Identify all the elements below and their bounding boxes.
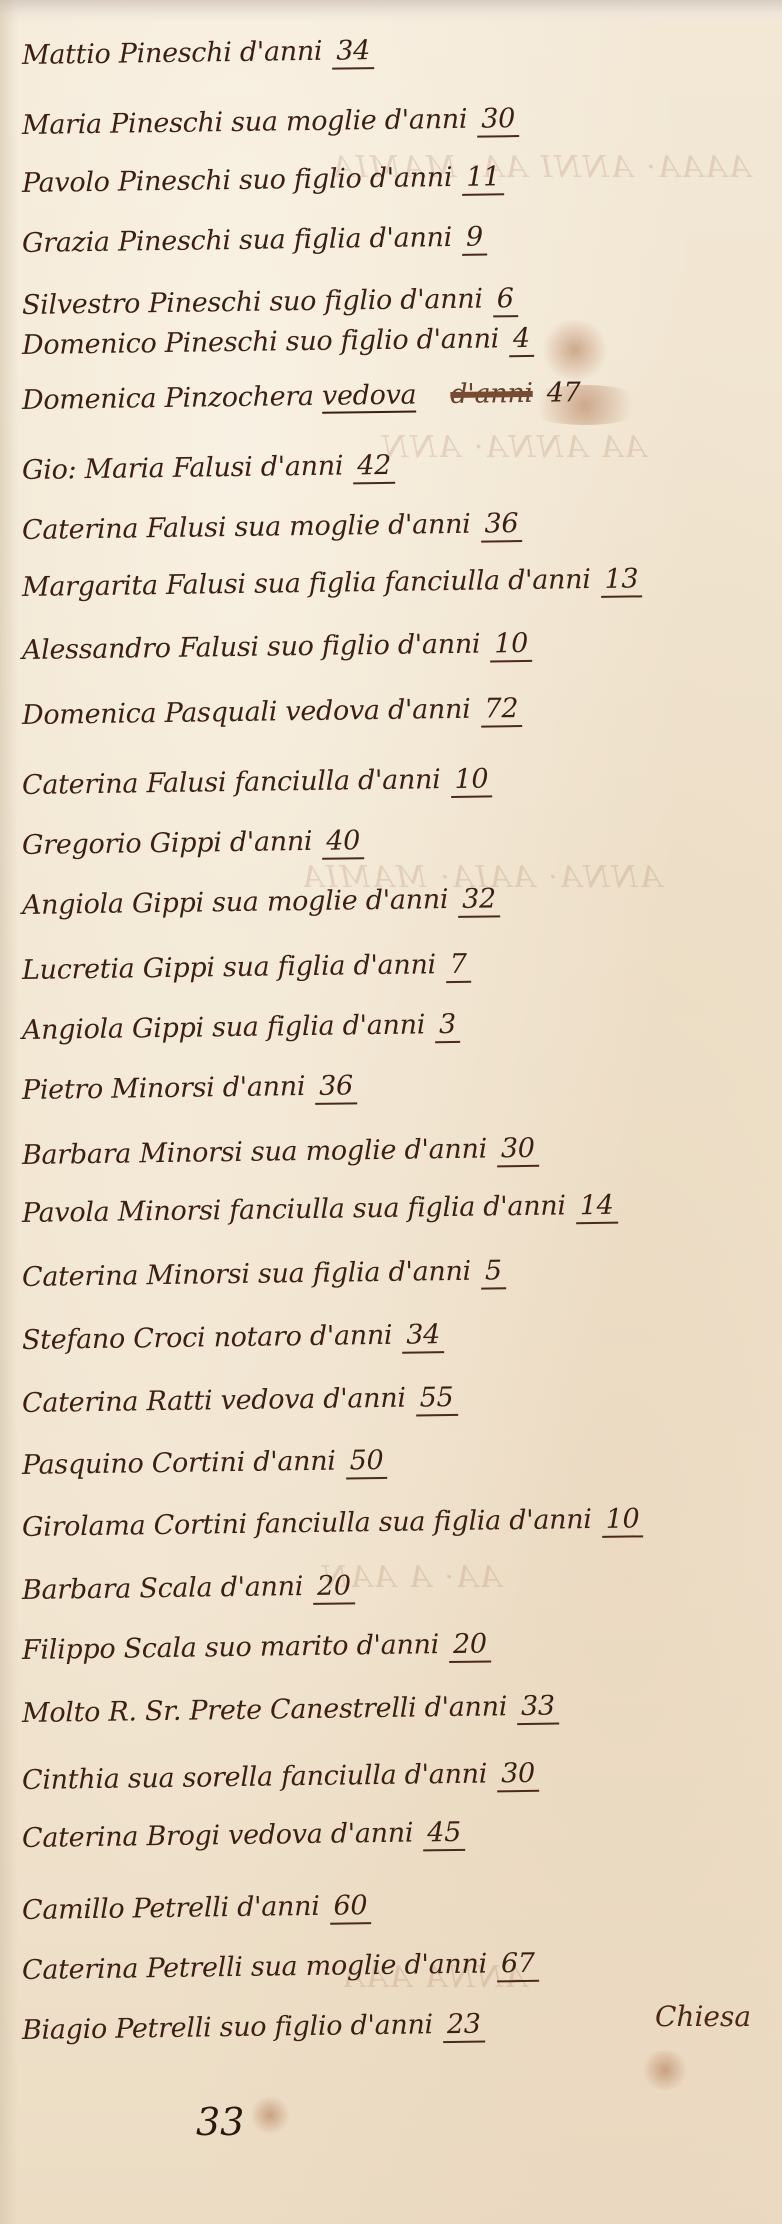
entry-name: Caterina Falusi: [22, 767, 227, 801]
entry-age-label: d'anni: [358, 764, 441, 796]
margin-note-right: Chiesa: [655, 2000, 751, 2033]
register-entry: Gio: Maria Falusi d'anni42: [22, 450, 395, 489]
entry-age-label: d'anni: [240, 36, 323, 68]
page-total: 33: [196, 2100, 244, 2144]
entry-relation: sua sorella fanciulla: [128, 1760, 397, 1795]
register-entry: Caterina Falusi sua moglie d'anni36: [22, 508, 523, 549]
register-entry: Pietro Minorsi d'anni36: [22, 1070, 357, 1109]
entry-age: 13: [600, 563, 642, 598]
entry-relation: suo figlio: [286, 325, 409, 358]
register-entry: Caterina Falusi fanciulla d'anni10: [22, 763, 493, 804]
bleed-through-text: AA ANNA· ANN: [380, 430, 646, 465]
entry-age: 6: [492, 283, 517, 317]
entry-age-label: d'anni: [483, 1190, 566, 1222]
entry-age-label: d'anni: [385, 104, 468, 136]
entry-relation: suo marito: [205, 1630, 349, 1663]
entry-age-label: d'anni: [366, 884, 449, 916]
entry-name: Margarita Falusi: [22, 569, 246, 603]
register-entry: Alessandro Falusi suo figlio d'anni10: [22, 628, 533, 669]
entry-name: Biagio Petrelli: [22, 2012, 212, 2046]
register-entry: Camillo Petrelli d'anni60: [22, 1890, 372, 1929]
ink-stain: [640, 2050, 690, 2090]
entry-name: Pasquino Cortini: [22, 1447, 245, 1481]
entry-age: 20: [313, 1570, 355, 1605]
entry-name: Mattio Pineschi: [22, 37, 232, 71]
entry-age: 32: [458, 883, 500, 918]
entry-age-label: d'anni: [388, 509, 471, 541]
entry-age-label: d'anni: [230, 826, 313, 858]
entry-age-label: d'anni: [342, 1009, 425, 1041]
ink-stain: [250, 2095, 290, 2135]
entry-name: Caterina Petrelli: [22, 1952, 243, 1986]
entry-age: 42: [353, 450, 395, 485]
entry-age: 20: [449, 1628, 491, 1663]
entry-name: Barbara Minorsi: [22, 1137, 243, 1171]
entry-age-label: d'anni: [223, 1071, 306, 1103]
register-entry: Caterina Petrelli sua moglie d'anni67: [22, 1948, 539, 1989]
entry-age: 7: [446, 949, 471, 983]
register-entry: Maria Pineschi sua moglie d'anni30: [22, 103, 519, 144]
register-entry: Barbara Minorsi sua moglie d'anni30: [22, 1133, 539, 1174]
entry-age: 72: [480, 693, 522, 728]
entry-name: Maria Pineschi: [22, 107, 223, 141]
entry-age-label: d'anni: [353, 949, 436, 981]
register-entry: Molto R. Sr. Prete Canestrelli d'anni33: [22, 1691, 559, 1732]
entry-age-label: d'anni: [261, 451, 344, 483]
entry-name: Domenico Pineschi: [22, 326, 278, 361]
register-entry: Caterina Ratti vedova d'anni55: [22, 1382, 458, 1422]
register-entry: Grazia Pineschi sua figlia d'anni9: [22, 222, 487, 262]
entry-age-label: d'anni: [424, 1691, 507, 1723]
entry-name: Pietro Minorsi: [22, 1072, 215, 1106]
entry-relation: sua moglie: [212, 885, 358, 918]
entry-age: 60: [329, 1890, 371, 1925]
register-entry: Domenico Pineschi suo figlio d'anni4: [22, 323, 534, 364]
entry-age: 10: [601, 1503, 643, 1538]
entry-age: 9: [462, 222, 487, 256]
entry-age: 23: [443, 2009, 485, 2044]
struck-out-text: d'anni: [450, 378, 533, 410]
register-entry: Cinthia sua sorella fanciulla d'anni30: [22, 1758, 539, 1799]
entry-age-label: d'anni: [369, 222, 452, 254]
entry-relation: sua figlia: [239, 223, 362, 256]
entry-relation: fanciulla sua figlia: [255, 1505, 501, 1539]
entry-age-label: d'anni: [220, 1571, 303, 1603]
register-entry: Barbara Scala d'anni20: [22, 1570, 355, 1609]
register-entry: Biagio Petrelli suo figlio d'anni23: [22, 2009, 485, 2049]
entry-name: Pavola Minorsi: [22, 1195, 221, 1229]
entry-age-label: d'anni: [370, 162, 453, 194]
entry-relation: vedova: [228, 1819, 323, 1851]
entry-age: 4: [509, 323, 534, 357]
register-entry: Angiola Gippi sua figlia d'anni3: [22, 1009, 460, 1049]
entry-age-label: d'anni: [356, 1629, 439, 1661]
register-entry: Caterina Brogi vedova d'anni45: [22, 1817, 465, 1857]
page-top-edge: [0, 0, 782, 22]
entry-name: Gregorio Gippi: [22, 827, 222, 861]
entry-relation: sua moglie: [231, 105, 377, 138]
entry-age-label: d'anni: [404, 1759, 487, 1791]
entry-relation: vedova: [322, 379, 417, 413]
entry-age: 34: [402, 1319, 444, 1354]
ink-stain: [540, 320, 610, 380]
entry-age: 30: [477, 103, 519, 138]
entry-age: 11: [462, 161, 504, 196]
entry-age-label: d'anni: [400, 284, 483, 316]
entry-age: 3: [435, 1009, 460, 1043]
entry-age-label: d'anni: [404, 1949, 487, 1981]
entry-relation: sua figlia: [223, 950, 346, 983]
entry-name: Gio: Maria Falusi: [22, 452, 253, 486]
entry-age: 30: [497, 1133, 539, 1168]
entry-age-label: d'anni: [404, 1134, 487, 1166]
entry-name: Angiola Gippi: [22, 887, 204, 921]
entry-relation: suo figlio: [239, 163, 362, 196]
entry-age-label: d'anni: [388, 1256, 471, 1288]
register-entry: Angiola Gippi sua moglie d'anni32: [22, 883, 500, 924]
manuscript-page: AAAA· ANNI AA· MAMIA AA ANNA· ANN ANNA· …: [0, 0, 782, 2224]
entry-name: Domenica Pasquali: [22, 696, 278, 731]
entry-relation: vedova: [285, 695, 380, 727]
register-entry: Domenica Pinzochera vedovad'anni47: [22, 377, 585, 417]
entry-name: Caterina Brogi: [22, 1820, 220, 1854]
entry-age: 36: [480, 508, 522, 543]
register-entry: Domenica Pasquali vedova d'anni72: [22, 693, 523, 734]
entry-name: Cinthia: [22, 1764, 120, 1796]
page-binding-shadow: [0, 0, 18, 2224]
entry-age-label: d'anni: [323, 1383, 406, 1415]
entry-age-label: d'anni: [509, 1504, 592, 1536]
entry-age-label: d'anni: [310, 1320, 393, 1352]
entry-age-label: d'anni: [237, 1891, 320, 1923]
entry-age: 10: [450, 763, 492, 798]
register-entry: Girolama Cortini fanciulla sua figlia d'…: [22, 1503, 644, 1546]
entry-age: 33: [517, 1691, 559, 1726]
entry-age: 36: [315, 1070, 357, 1105]
entry-age: 47: [543, 377, 585, 410]
entry-age: 45: [423, 1817, 465, 1852]
entry-name: Angiola Gippi: [22, 1012, 204, 1046]
entry-name: Molto R. Sr. Prete Canestrelli: [22, 1692, 417, 1729]
register-entry: Caterina Minorsi sua figlia d'anni5: [22, 1255, 506, 1296]
entry-relation: sua moglie: [251, 1950, 397, 1983]
entry-relation: suo figlio: [267, 630, 390, 663]
entry-relation: sua figlia fanciulla: [254, 565, 500, 599]
entry-relation: sua figlia: [258, 1257, 381, 1290]
entry-age: 55: [415, 1382, 457, 1417]
entry-age: 40: [322, 825, 364, 860]
entry-age-label: d'anni: [398, 629, 481, 661]
entry-name: Caterina Ratti: [22, 1385, 213, 1419]
register-entry: Pasquino Cortini d'anni50: [22, 1445, 388, 1484]
entry-age: 30: [497, 1758, 539, 1793]
entry-relation: sua figlia: [212, 1011, 335, 1044]
entry-name: Stefano Croci: [22, 1322, 206, 1356]
entry-name: Girolama Cortini: [22, 1509, 247, 1543]
entry-name: Grazia Pineschi: [22, 225, 231, 259]
entry-name: Camillo Petrelli: [22, 1892, 229, 1926]
entry-relation: vedova: [220, 1384, 315, 1416]
entry-age-label: d'anni: [331, 1818, 414, 1850]
entry-name: Lucretia Gippi: [22, 952, 215, 986]
entry-relation: sua moglie: [251, 1135, 397, 1168]
entry-age-label: d'anni: [253, 1446, 336, 1478]
entry-relation: fanciulla sua figlia: [229, 1192, 475, 1226]
entry-age: 34: [332, 35, 374, 70]
entry-name: Alessandro Falusi: [22, 632, 259, 666]
entry-relation: fanciulla: [234, 765, 350, 798]
entry-age: 67: [497, 1948, 539, 1983]
entry-age-label: d'anni: [388, 694, 471, 726]
entry-age-label: d'anni: [416, 323, 499, 355]
entry-name: Domenica Pinzochera: [22, 381, 314, 416]
entry-relation: notaro: [213, 1321, 301, 1353]
entry-relation: suo figlio: [269, 285, 392, 318]
entry-relation: suo figlio: [219, 2011, 342, 2044]
register-entry: Lucretia Gippi sua figlia d'anni7: [22, 949, 471, 989]
entry-name: Barbara Scala: [22, 1572, 213, 1606]
register-entry: Pavolo Pineschi suo figlio d'anni11: [22, 161, 504, 202]
register-entry: Stefano Croci notaro d'anni34: [22, 1319, 445, 1359]
entry-age: 50: [345, 1445, 387, 1480]
entry-age: 10: [490, 628, 532, 663]
register-entry: Filippo Scala suo marito d'anni20: [22, 1628, 491, 1669]
entry-age: 14: [576, 1190, 618, 1225]
entry-age-label: d'anni: [508, 564, 591, 596]
entry-age-label: d'anni: [350, 2009, 433, 2041]
entry-age: 5: [481, 1255, 506, 1289]
register-entry: Gregorio Gippi d'anni40: [22, 825, 365, 864]
entry-name: Caterina Minorsi: [22, 1259, 250, 1293]
entry-name: Filippo Scala: [22, 1633, 197, 1666]
register-entry: Mattio Pineschi d'anni34: [22, 35, 375, 74]
entry-name: Pavolo Pineschi: [22, 165, 231, 199]
register-entry: Margarita Falusi sua figlia fanciulla d'…: [22, 563, 643, 606]
entry-relation: sua moglie: [234, 510, 380, 543]
entry-name: Silvestro Pineschi: [22, 287, 262, 321]
register-entry: Silvestro Pineschi suo figlio d'anni6: [22, 283, 518, 324]
entry-name: Caterina Falusi: [22, 512, 227, 546]
register-entry: Pavola Minorsi fanciulla sua figlia d'an…: [22, 1190, 618, 1232]
